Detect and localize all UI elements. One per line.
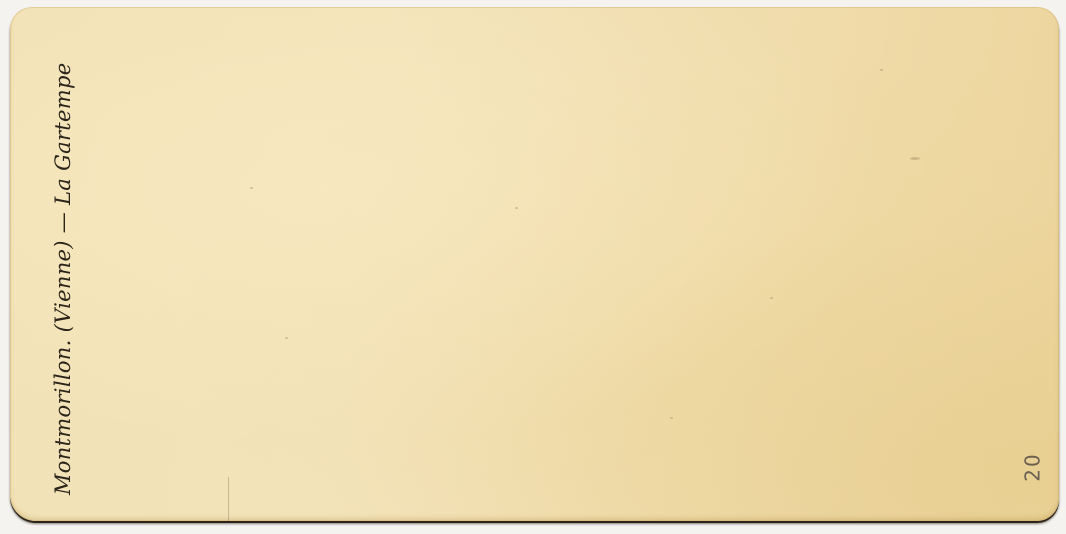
paper-speck [670,417,673,419]
paper-speck [515,207,518,209]
paper-speck [250,187,253,189]
scan-background: Montmorillon. (Vienne) — La Gartempe 20 [0,0,1066,534]
stereoview-card-back [10,7,1059,521]
paper-speck [770,297,773,299]
paper-speck [880,69,883,71]
handwritten-caption: Montmorillon. (Vienne) — La Gartempe [51,63,75,495]
paper-speck [910,157,920,160]
inventory-number: 20 [1021,452,1045,481]
paper-speck [285,337,288,339]
card-crease-mark [228,477,229,521]
